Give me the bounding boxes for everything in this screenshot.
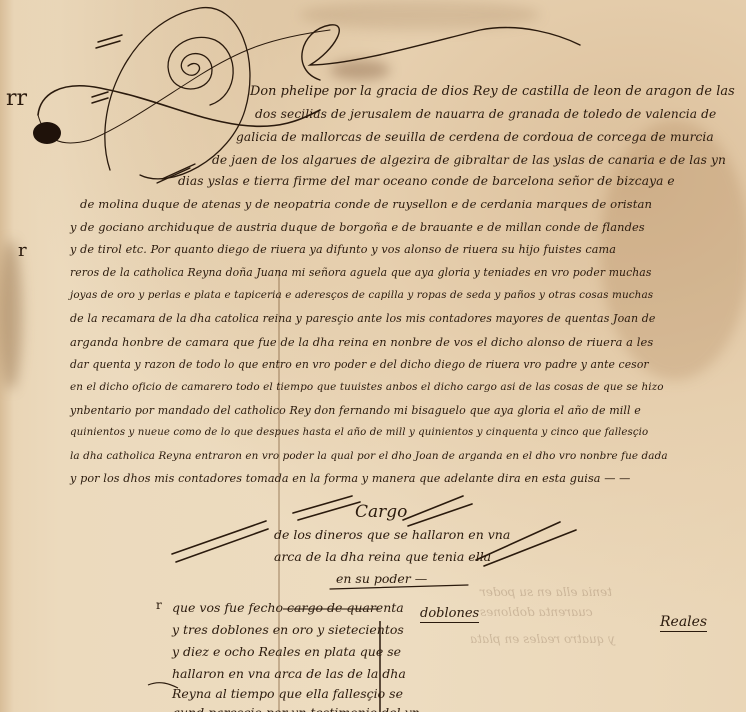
cargo-line: arca de la dha reina que tenia ella <box>274 549 491 564</box>
water-stain <box>0 240 22 390</box>
body-line: dar quenta y razon de todo lo que entro … <box>70 358 649 371</box>
water-stain <box>330 60 390 80</box>
body-line: y de gociano archiduque de austria duque… <box>70 220 645 234</box>
body-line: joyas de oro y perlas e plata e tapiceri… <box>70 289 653 301</box>
ledger-entry-line: y diez e ocho Reales en plata que se <box>172 644 401 659</box>
ledger-entry-line: que vos fue fecho cargo de quarenta <box>172 600 404 615</box>
cargo-title: Cargo <box>355 502 407 522</box>
body-line: ynbentario por mandado del catholico Rey… <box>70 404 641 417</box>
body-line: la dha catholica Reyna entraron en vro p… <box>70 450 668 462</box>
ledger-entry-line: hallaron en vna arca de las de la dha <box>172 666 406 681</box>
body-line: Don phelipe por la gracia de dios Rey de… <box>250 84 735 99</box>
body-line: arganda honbre de camara que fue de la d… <box>70 335 653 349</box>
show-through-text: y quatro reales en plata <box>470 632 615 646</box>
body-line: quinientos y nueue como de lo que despue… <box>70 427 648 438</box>
ledger-entry-line: y tres doblones en oro y sietecientos <box>172 622 404 637</box>
entry-mark: r <box>156 598 162 612</box>
manuscript-page: tenia ella en su poder cuarenta doblones… <box>0 0 746 712</box>
column-header-reales: Reales <box>660 614 707 632</box>
show-through-text: tenia ella en su poder <box>480 585 612 599</box>
margin-mark: r <box>18 240 27 261</box>
ledger-entry-line: gund paresçio por vn testimonio del yn <box>172 705 420 712</box>
body-line: galicia de mallorcas de seuilla de cerde… <box>236 130 714 144</box>
body-line: reros de la catholica Reyna doña Juana m… <box>70 266 651 279</box>
body-line: y de tirol etc. Por quanto diego de riue… <box>70 243 616 256</box>
show-through-text: cuarenta doblones <box>480 605 593 619</box>
body-line: y por los dhos mis contadores tomada en … <box>70 472 630 485</box>
cargo-line: de los dineros que se hallaron en vna <box>274 527 510 542</box>
body-line: dias yslas e tierra firme del mar oceano… <box>178 174 675 188</box>
column-header-doblones: doblones <box>420 606 479 623</box>
ledger-entry-line: Reyna al tiempo que ella fallesçio se <box>172 686 403 701</box>
body-line: dos secilias de jerusalem de nauarra de … <box>255 107 716 121</box>
body-line: de jaen de los algarues de algezira de g… <box>212 153 726 167</box>
body-line: de la recamara de la dha catolica reina … <box>70 312 655 325</box>
margin-mark: rr <box>6 86 27 111</box>
body-line: en el dicho oficio de camarero todo el t… <box>70 381 664 393</box>
body-line: de molina duque de atenas y de neopatria… <box>80 197 652 211</box>
cargo-line: en su poder — <box>336 571 427 586</box>
water-stain <box>300 0 540 30</box>
